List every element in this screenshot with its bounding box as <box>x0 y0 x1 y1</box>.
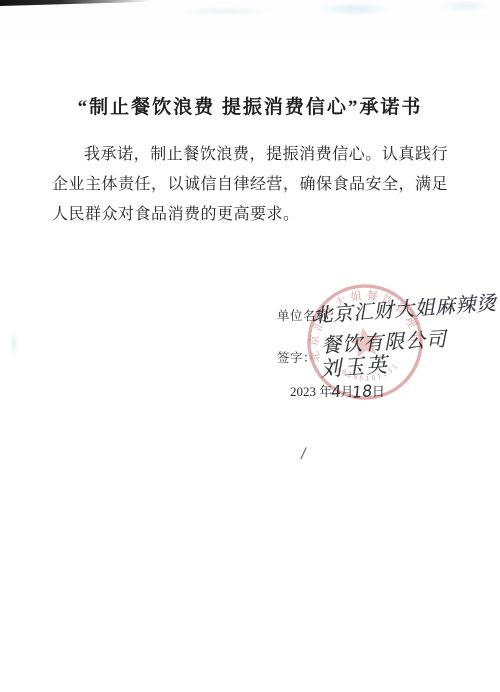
company-seal: 北京汇财大姐餐饮管理有限公司 110106101231 <box>296 273 434 411</box>
scan-smudge <box>320 2 390 16</box>
scan-edge-artifact <box>0 0 150 6</box>
stray-pen-mark: / <box>300 444 308 463</box>
scanned-page: “制止餐饮浪费 提振消费信心”承诺书 我承诺，制止餐饮浪费，提振消费信心。认真践… <box>0 0 500 692</box>
seal-serial-number: 110106101231 <box>330 351 402 388</box>
seal-star-icon <box>348 325 383 358</box>
body-paragraph: 我承诺，制止餐饮浪费，提振消费信心。认真践行企业主体责任，以诚信自律经营，确保食… <box>52 140 448 230</box>
scan-smudge <box>10 330 18 356</box>
seal-number-container: 110106101231 <box>330 351 402 388</box>
scan-smudge <box>180 6 270 16</box>
scan-smudge <box>440 0 490 12</box>
document-title: “制止餐饮浪费 提振消费信心”承诺书 <box>0 92 500 119</box>
